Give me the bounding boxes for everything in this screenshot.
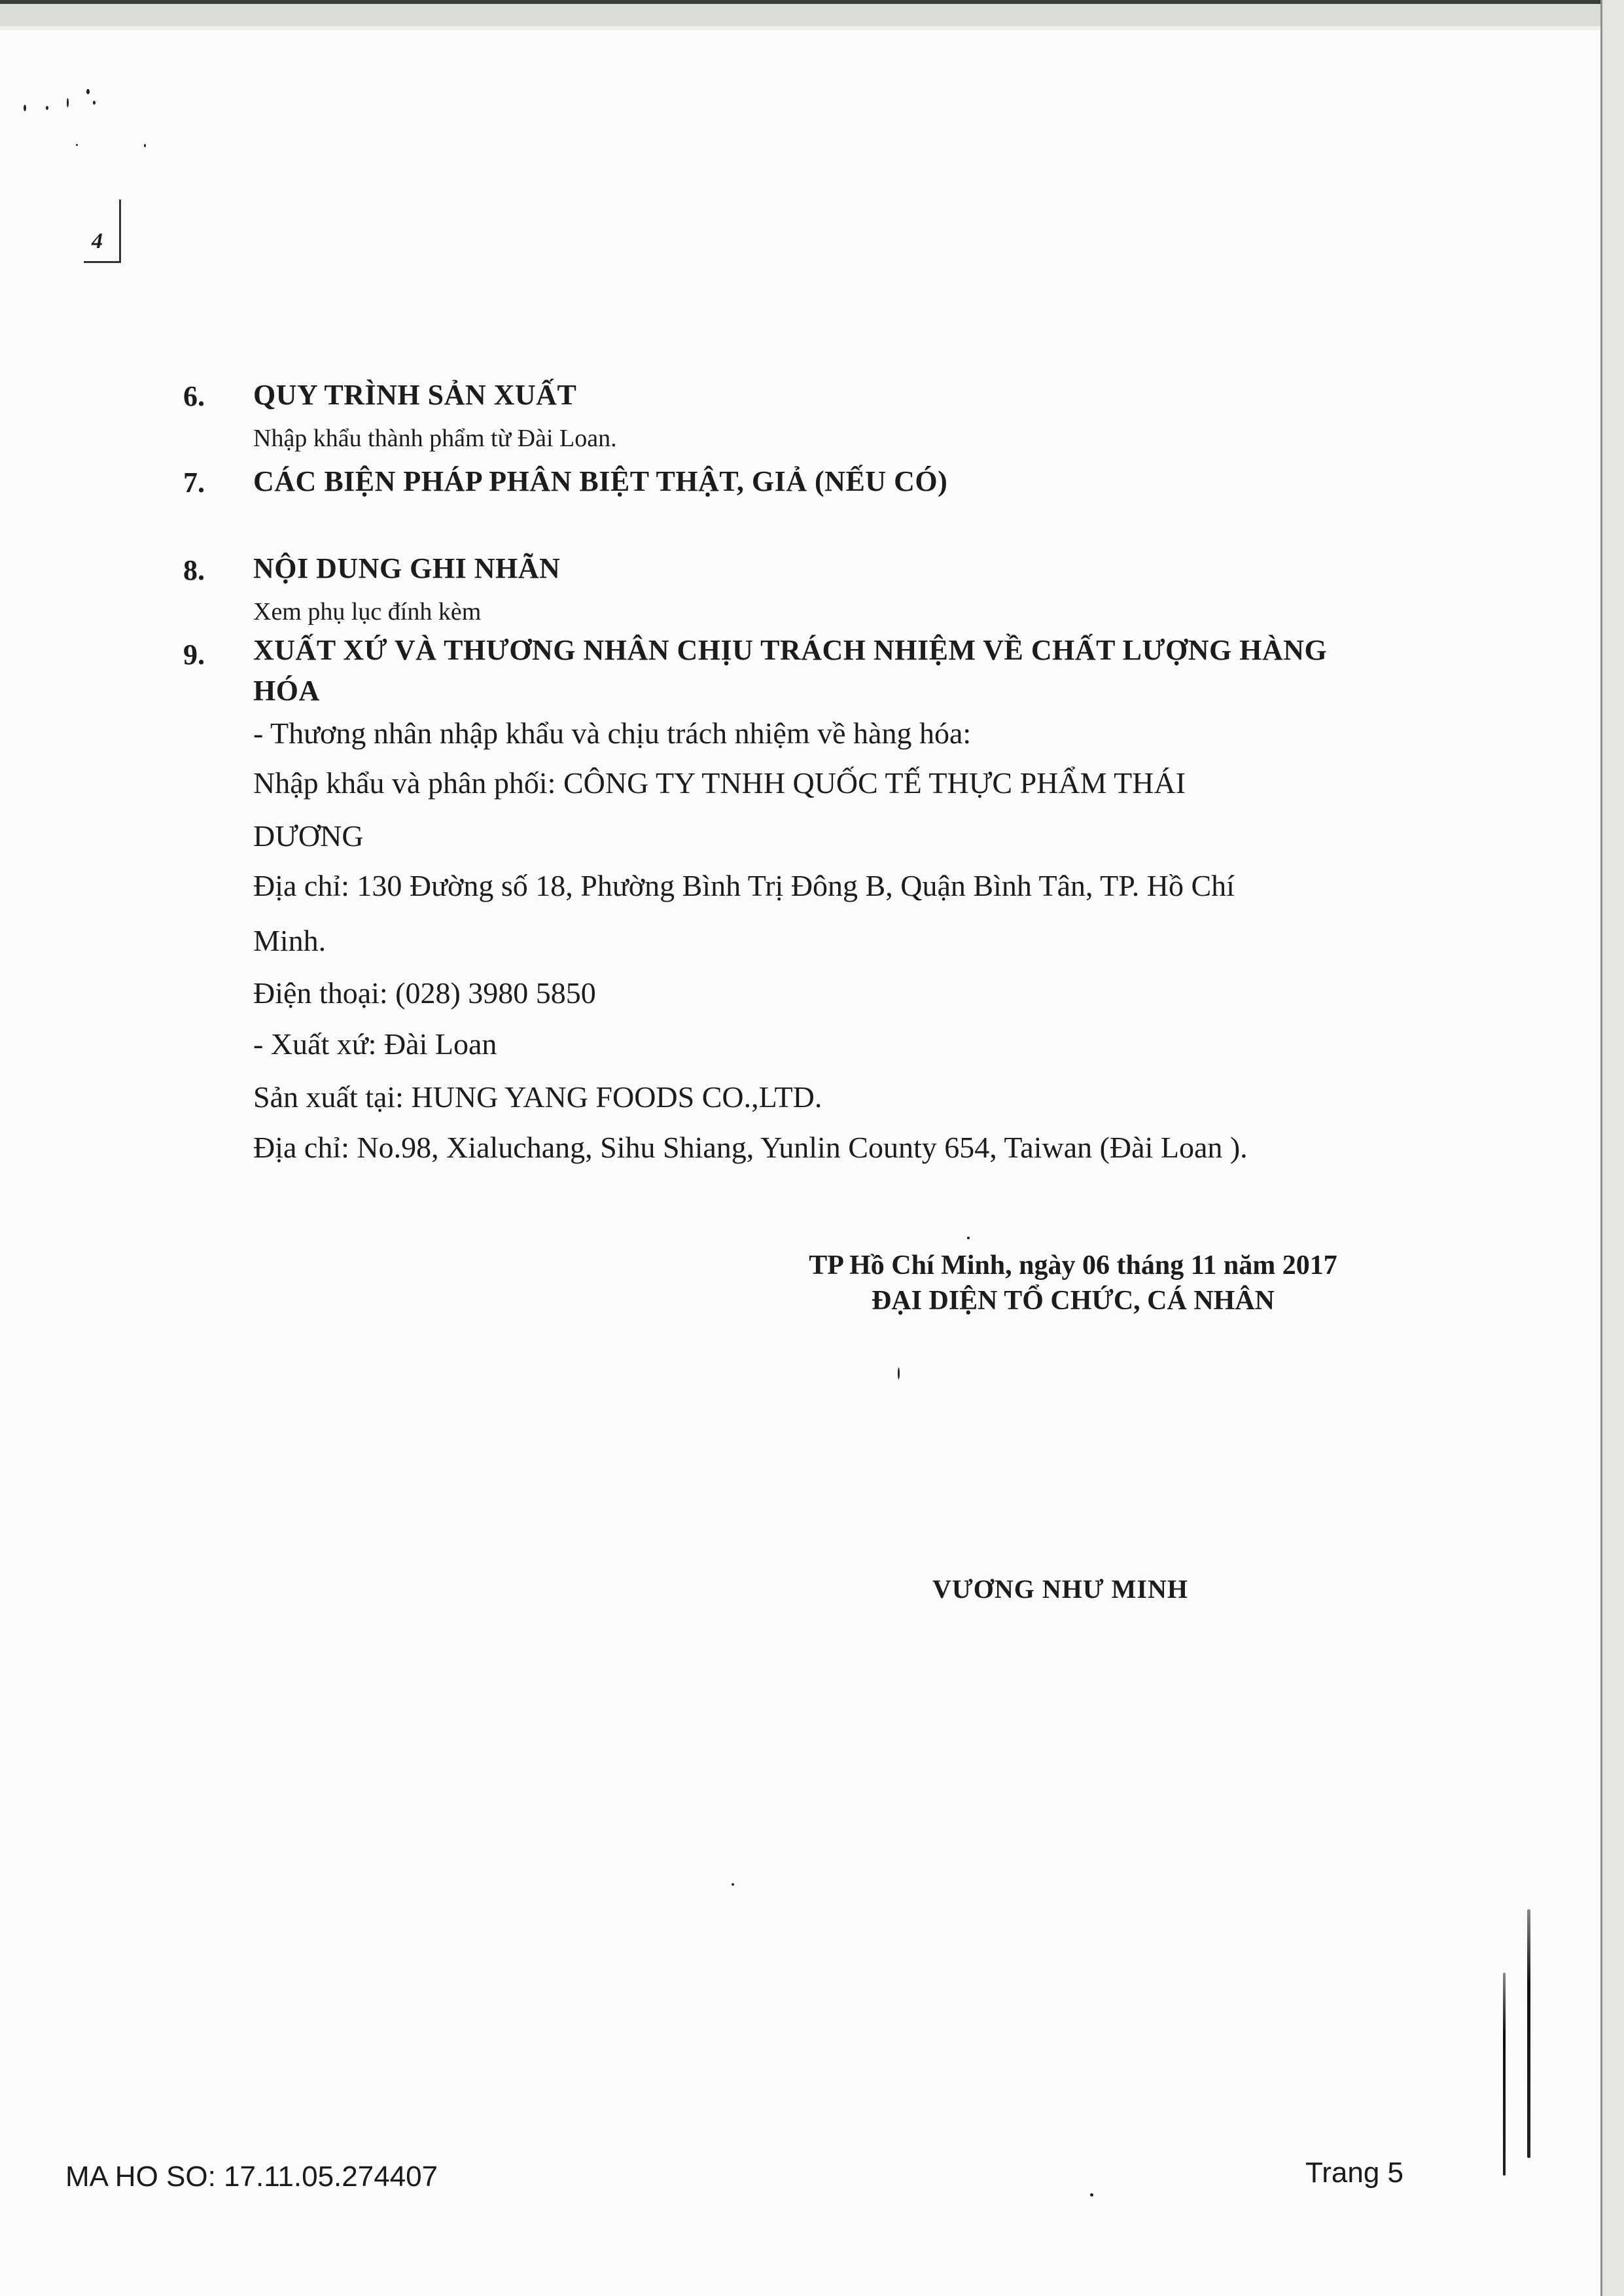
scan-speck bbox=[46, 106, 48, 110]
signature-place-date: TP Hồ Chí Minh, ngày 06 tháng 11 năm 201… bbox=[746, 1250, 1400, 1281]
importer-company-line-1: Nhập khẩu và phân phối: CÔNG TY TNHH QUỐ… bbox=[253, 766, 1186, 800]
scanner-edge-right bbox=[1600, 0, 1624, 2296]
scan-speck bbox=[24, 105, 26, 111]
section-9-title-line-2: HÓA bbox=[253, 674, 320, 707]
signature-role: ĐẠI DIỆN TỔ CHỨC, CÁ NHÂN bbox=[746, 1285, 1400, 1316]
section-9-number: 9. bbox=[183, 638, 205, 671]
section-6-number: 6. bbox=[183, 380, 205, 413]
scan-speck bbox=[76, 144, 78, 146]
scan-speck bbox=[144, 144, 146, 147]
page-number: Trang 5 bbox=[1305, 2157, 1403, 2189]
importer-company-line-2: DƯƠNG bbox=[253, 819, 364, 853]
manufacturer-address: Địa chỉ: No.98, Xialuchang, Sihu Shiang,… bbox=[253, 1130, 1248, 1165]
binding-mark bbox=[1527, 1909, 1530, 2158]
origin-country: - Xuất xứ: Đài Loan bbox=[253, 1027, 497, 1061]
corner-mark-label: 4 bbox=[92, 229, 103, 254]
importer-heading: - Thương nhân nhập khẩu và chịu trách nh… bbox=[253, 716, 971, 751]
section-6-title: QUY TRÌNH SẢN XUẤT bbox=[253, 378, 576, 412]
scan-speck bbox=[93, 101, 96, 105]
scan-speck bbox=[898, 1368, 900, 1379]
section-8-title: NỘI DUNG GHI NHÃN bbox=[253, 552, 560, 585]
scan-speck bbox=[1090, 2193, 1093, 2197]
corner-page-mark: 4 bbox=[84, 200, 121, 263]
importer-address-line-1: Địa chỉ: 130 Đường số 18, Phường Bình Tr… bbox=[253, 868, 1235, 903]
section-7-title: CÁC BIỆN PHÁP PHÂN BIỆT THẬT, GIẢ (NẾU C… bbox=[253, 465, 947, 498]
section-8-number: 8. bbox=[183, 554, 205, 587]
scan-speck bbox=[732, 1883, 734, 1886]
scan-speck bbox=[86, 89, 90, 94]
section-9-title-line-1: XUẤT XỨ VÀ THƯƠNG NHÂN CHỊU TRÁCH NHIỆM … bbox=[253, 633, 1327, 667]
scan-speck bbox=[67, 98, 69, 107]
importer-address-line-2: Minh. bbox=[253, 923, 326, 958]
scanner-edge-top bbox=[0, 0, 1624, 30]
section-6-content: Nhập khẩu thành phẩm từ Đài Loan. bbox=[253, 424, 617, 453]
scan-speck bbox=[967, 1237, 970, 1239]
manufacturer: Sản xuất tại: HUNG YANG FOODS CO.,LTD. bbox=[253, 1080, 822, 1114]
signatory-name: VƯƠNG NHƯ MINH bbox=[932, 1574, 1188, 1604]
binding-mark bbox=[1503, 1973, 1506, 2176]
section-7-number: 7. bbox=[183, 466, 205, 499]
section-8-content: Xem phụ lục đính kèm bbox=[253, 597, 481, 626]
file-code: MA HO SO: 17.11.05.274407 bbox=[65, 2161, 438, 2193]
importer-phone: Điện thoại: (028) 3980 5850 bbox=[253, 976, 596, 1010]
